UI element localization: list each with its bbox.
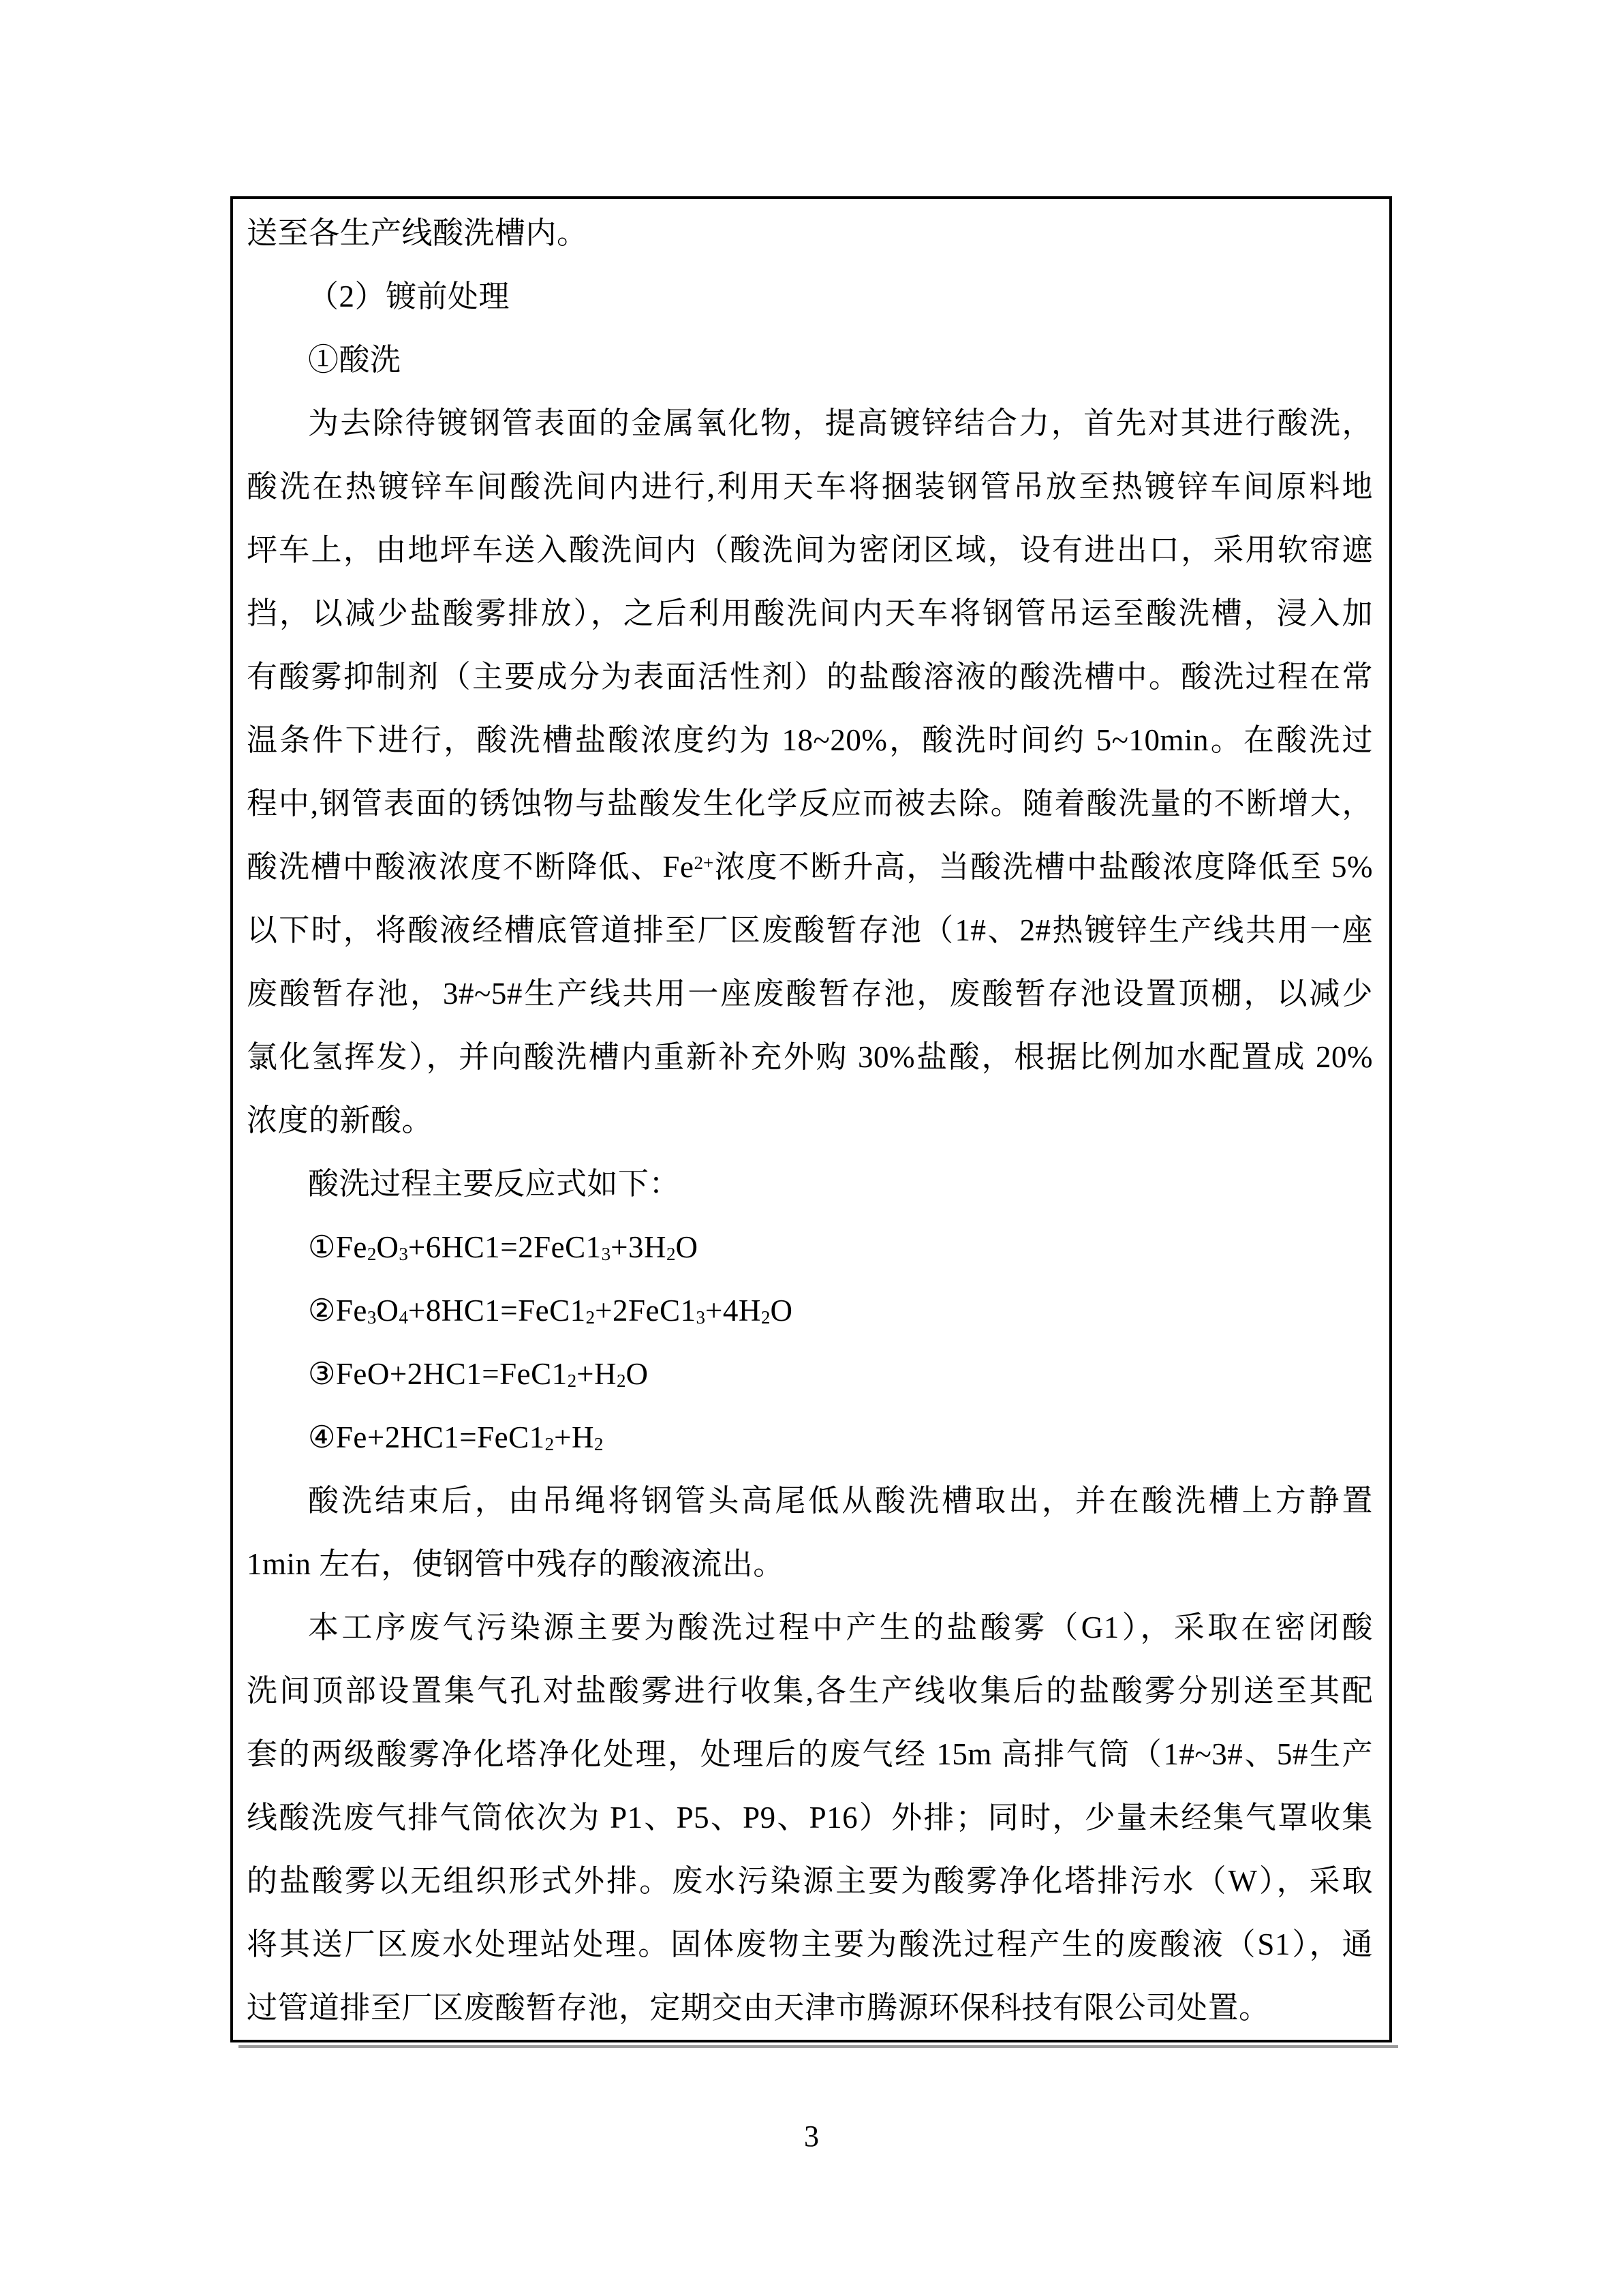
content-box: 送至各生产线酸洗槽内。（2）镀前处理①酸洗为去除待镀钢管表面的金属氧化物，提高镀… <box>230 196 1392 2042</box>
equation-line: ④Fe+2HC1=FeC12+H2 <box>247 1406 1373 1469</box>
page-number: 3 <box>0 2116 1623 2157</box>
paragraph-line: 废酸暂存池，3#~5#生产线共用一座废酸暂存池，废酸暂存池设置顶棚，以减少 <box>247 962 1373 1026</box>
paragraph-line: 温条件下进行，酸洗槽盐酸浓度约为 18~20%，酸洗时间约 5~10min。在酸… <box>247 709 1373 772</box>
paragraph-line: 有酸雾抑制剂（主要成分为表面活性剂）的盐酸溶液的酸洗槽中。酸洗过程在常 <box>247 645 1373 709</box>
paragraph-line: 氯化氢挥发），并向酸洗槽内重新补充外购 30%盐酸，根据比例加水配置成 20% <box>247 1026 1373 1089</box>
heading-line: ①酸洗 <box>247 328 1373 392</box>
paragraph-line: 的盐酸雾以无组织形式外排。废水污染源主要为酸雾净化塔排污水（W），采取 <box>247 1850 1373 1913</box>
equation-line: ①Fe2O3+6HC1=2FeC13+3H2O <box>247 1216 1373 1279</box>
paragraph-line: 洗间顶部设置集气孔对盐酸雾进行收集,各生产线收集后的盐酸雾分别送至其配 <box>247 1659 1373 1723</box>
paragraph-line: 本工序废气污染源主要为酸洗过程中产生的盐酸雾（G1），采取在密闭酸 <box>247 1596 1373 1659</box>
paragraph-line: 为去除待镀钢管表面的金属氧化物，提高镀锌结合力，首先对其进行酸洗， <box>247 392 1373 455</box>
paragraph-line: 过管道排至厂区废酸暂存池，定期交由天津市腾源环保科技有限公司处置。 <box>247 1976 1373 2040</box>
paragraph-line: 挡，以减少盐酸雾排放），之后利用酸洗间内天车将钢管吊运至酸洗槽，浸入加 <box>247 582 1373 645</box>
paragraph-line: 酸洗结束后，由吊绳将钢管头高尾低从酸洗槽取出，并在酸洗槽上方静置 <box>247 1469 1373 1533</box>
box-shadow <box>238 2045 1398 2048</box>
heading-line: （2）镀前处理 <box>247 265 1373 328</box>
paragraph-line: 以下时，将酸液经槽底管道排至厂区废酸暂存池（1#、2#热镀锌生产线共用一座 <box>247 899 1373 962</box>
equation-line: ③FeO+2HC1=FeC12+H2O <box>247 1343 1373 1406</box>
paragraph-line: 将其送厂区废水处理站处理。固体废物主要为酸洗过程产生的废酸液（S1），通 <box>247 1913 1373 1976</box>
paragraph-line: 套的两级酸雾净化塔净化处理，处理后的废气经 15m 高排气筒（1#~3#、5#生… <box>247 1723 1373 1786</box>
paragraph-line: 程中,钢管表面的锈蚀物与盐酸发生化学反应而被去除。随着酸洗量的不断增大， <box>247 772 1373 836</box>
paragraph-line: 酸洗在热镀锌车间酸洗间内进行,利用天车将捆装钢管吊放至热镀锌车间原料地 <box>247 455 1373 519</box>
document-page: 送至各生产线酸洗槽内。（2）镀前处理①酸洗为去除待镀钢管表面的金属氧化物，提高镀… <box>0 0 1623 2296</box>
paragraph-line: 酸洗槽中酸液浓度不断降低、Fe2+浓度不断升高，当酸洗槽中盐酸浓度降低至 5% <box>247 836 1373 899</box>
paragraph-line: 送至各生产线酸洗槽内。 <box>247 202 1373 265</box>
equation-line: ②Fe3O4+8HC1=FeC12+2FeC13+4H2O <box>247 1279 1373 1343</box>
paragraph-line: 坪车上，由地坪车送入酸洗间内（酸洗间为密闭区域，设有进出口，采用软帘遮 <box>247 519 1373 582</box>
paragraph-line: 浓度的新酸。 <box>247 1089 1373 1152</box>
heading-line: 酸洗过程主要反应式如下： <box>247 1152 1373 1216</box>
paragraph-line: 1min 左右，使钢管中残存的酸液流出。 <box>247 1533 1373 1596</box>
paragraph-line: 线酸洗废气排气筒依次为 P1、P5、P9、P16）外排；同时，少量未经集气罩收集 <box>247 1786 1373 1850</box>
